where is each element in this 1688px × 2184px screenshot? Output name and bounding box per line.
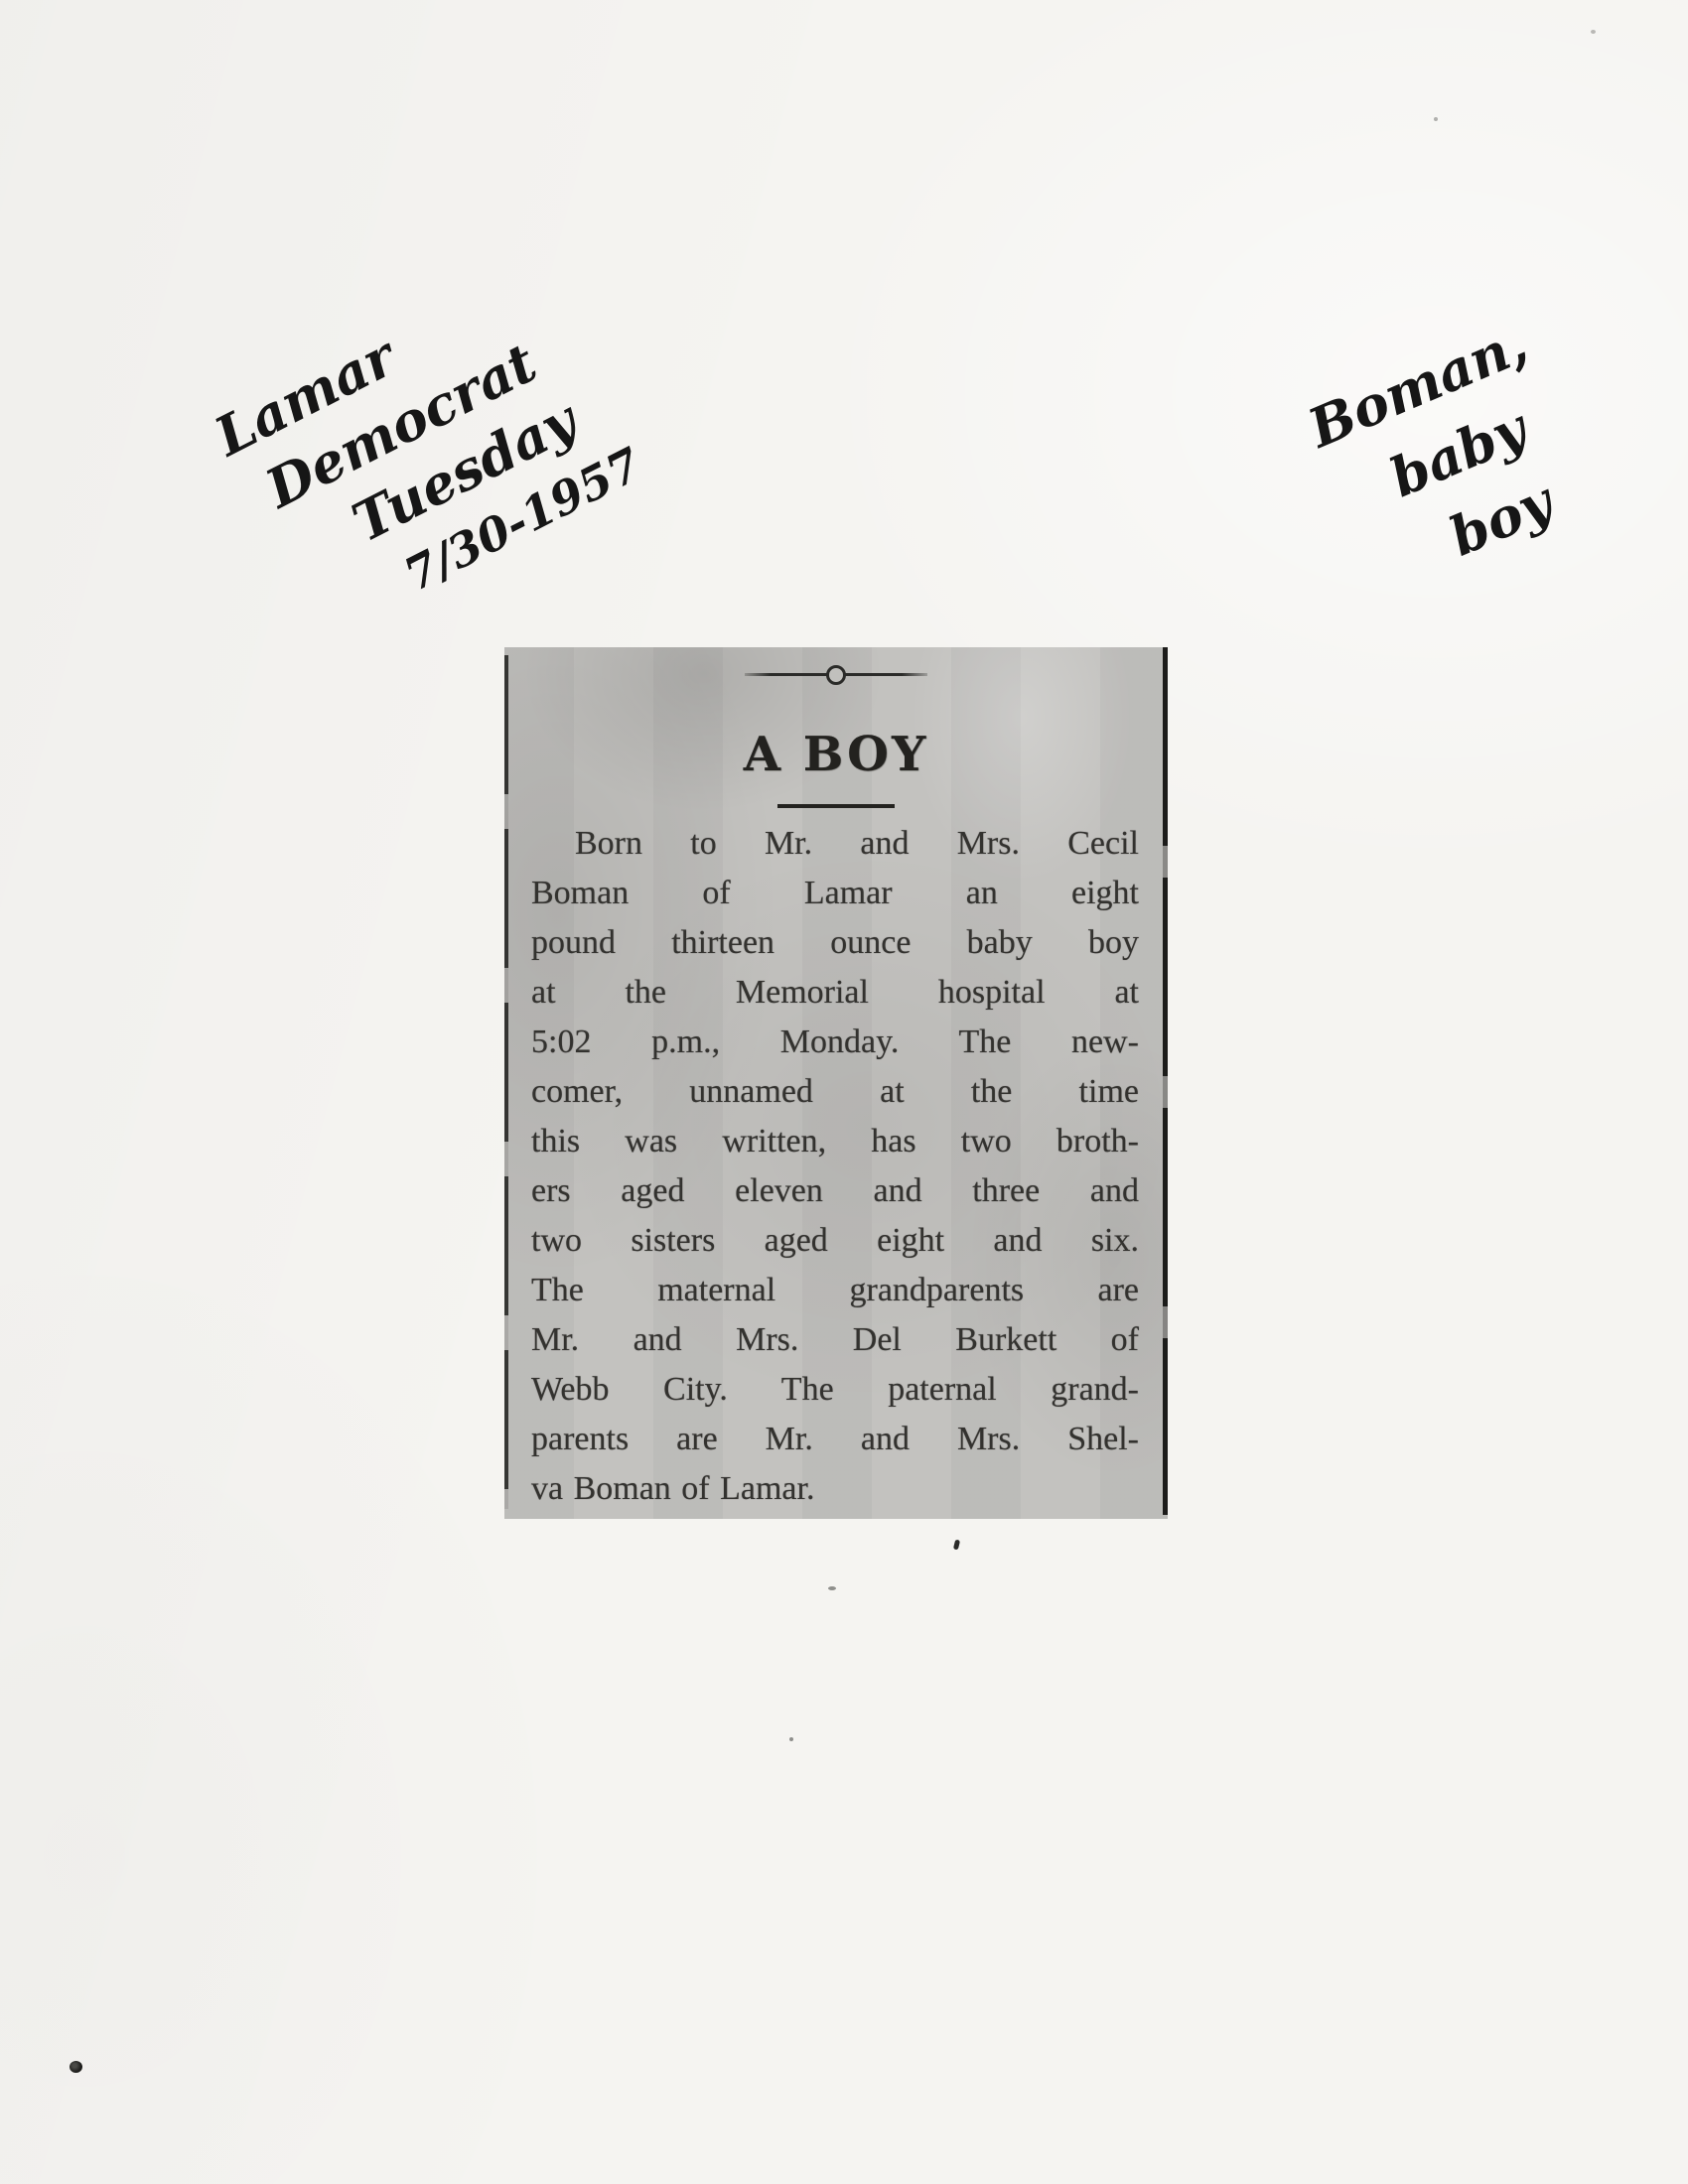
article-line: pound thirteen ounce baby boy <box>531 918 1139 968</box>
article-line: 5:02 p.m., Monday. The new- <box>531 1018 1139 1067</box>
scanned-page: Lamar Democrat Tuesday 7/30-1957 Boman, … <box>0 0 1688 2184</box>
article-line: this was written, has two broth- <box>531 1117 1139 1166</box>
article-line: at the Memorial hospital at <box>531 968 1139 1018</box>
article-line: comer, unnamed at the time <box>531 1067 1139 1117</box>
article-line: Born to Mr. and Mrs. Cecil <box>531 819 1139 869</box>
article-line: va Boman of Lamar. <box>531 1464 1139 1514</box>
scan-speck <box>953 1540 960 1551</box>
ornament-circle-icon <box>826 665 846 685</box>
column-rule-left <box>504 655 508 1509</box>
scan-speck <box>789 1737 793 1741</box>
handwritten-subject-annotation: Boman, baby boy <box>1297 305 1600 609</box>
article-line: Mr. and Mrs. Del Burkett of <box>531 1315 1139 1365</box>
ink-blot <box>70 2061 82 2073</box>
handwritten-source-annotation: Lamar Democrat Tuesday 7/30-1957 <box>204 244 653 657</box>
article-line: ers aged eleven and three and <box>531 1166 1139 1216</box>
newspaper-clipping: A BOY Born to Mr. and Mrs. Cecil Boman o… <box>504 647 1168 1519</box>
section-divider-ornament <box>745 665 927 685</box>
article-line: parents are Mr. and Mrs. Shel- <box>531 1415 1139 1464</box>
headline-divider <box>777 804 895 808</box>
scan-speck <box>1434 117 1438 121</box>
article-line: Webb City. The paternal grand- <box>531 1365 1139 1415</box>
scan-speck <box>1591 30 1596 34</box>
article-headline: A BOY <box>504 727 1168 782</box>
article-line: The maternal grandparents are <box>531 1266 1139 1315</box>
article-line: two sisters aged eight and six. <box>531 1216 1139 1266</box>
article-line: Boman of Lamar an eight <box>531 869 1139 918</box>
scan-speck <box>828 1586 836 1590</box>
article-body: Born to Mr. and Mrs. Cecil Boman of Lama… <box>531 819 1139 1514</box>
